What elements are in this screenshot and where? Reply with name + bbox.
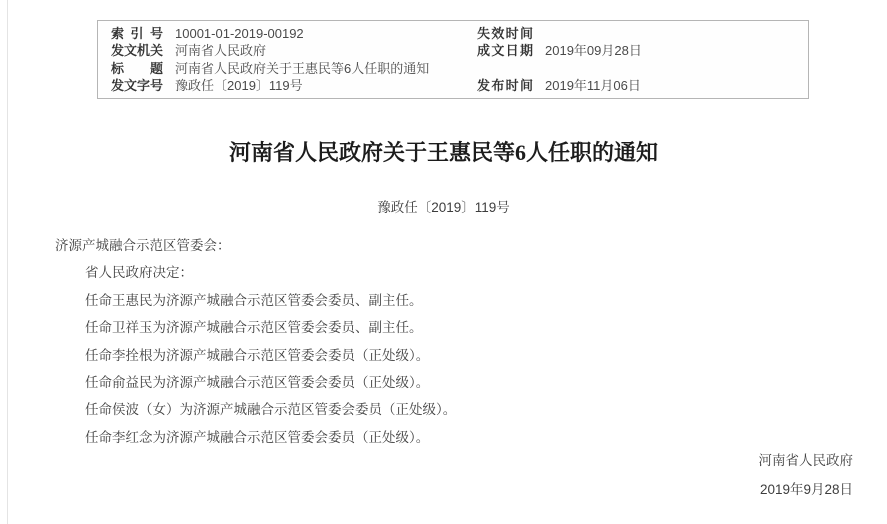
empty-label [477, 60, 533, 77]
body-paragraph: 任命俞益民为济源产城融合示范区管委会委员（正处级）。 [55, 369, 847, 396]
publish-time-label: 发布时间 [477, 77, 533, 94]
meta-row-agency: 发文机关 河南省人民政府 成文日期 2019年09月28日 [111, 42, 798, 59]
meta-row-docnumber: 发文字号 豫政任〔2019〕119号 发布时间 2019年11月06日 [111, 77, 798, 94]
signature-date: 2019年9月28日 [759, 476, 854, 505]
body-paragraph: 任命侯波（女）为济源产城融合示范区管委会委员（正处级）。 [55, 396, 847, 423]
document-ref-number: 豫政任〔2019〕119号 [0, 196, 887, 216]
index-number-label: 索引号 [111, 25, 163, 42]
doc-number-value: 豫政任〔2019〕119号 [175, 77, 465, 94]
meta-row-title: 标题 河南省人民政府关于王惠民等6人任职的通知 [111, 60, 798, 77]
body-paragraph: 任命王惠民为济源产城融合示范区管委会委员、副主任。 [55, 287, 847, 314]
publish-time-value: 2019年11月06日 [545, 77, 798, 94]
document-metadata-table: 索引号 10001-01-2019-00192 失效时间 发文机关 河南省人民政… [97, 20, 809, 99]
salutation: 济源产城融合示范区管委会： [55, 232, 847, 259]
page-title: 河南省人民政府关于王惠民等6人任职的通知 [0, 136, 887, 167]
document-body: 济源产城融合示范区管委会： 省人民政府决定： 任命王惠民为济源产城融合示范区管委… [55, 232, 847, 451]
index-number-value: 10001-01-2019-00192 [175, 25, 465, 42]
signature-block: 河南省人民政府 2019年9月28日 [759, 447, 854, 504]
issuing-agency-label: 发文机关 [111, 42, 163, 59]
page-edge-divider [7, 0, 8, 524]
issuing-agency-value: 河南省人民政府 [175, 42, 465, 59]
meta-row-index: 索引号 10001-01-2019-00192 失效时间 [111, 25, 798, 42]
written-date-value: 2019年09月28日 [545, 42, 798, 59]
written-date-label: 成文日期 [477, 42, 533, 59]
doc-title-label: 标题 [111, 60, 163, 77]
expiry-time-label: 失效时间 [477, 25, 533, 42]
doc-title-value: 河南省人民政府关于王惠民等6人任职的通知 [175, 60, 465, 77]
signature-agency: 河南省人民政府 [759, 447, 854, 476]
empty-value [545, 60, 798, 77]
doc-number-label: 发文字号 [111, 77, 163, 94]
document-page: 索引号 10001-01-2019-00192 失效时间 发文机关 河南省人民政… [0, 0, 887, 524]
body-paragraph: 任命李红念为济源产城融合示范区管委会委员（正处级）。 [55, 424, 847, 451]
expiry-time-value [545, 25, 798, 42]
body-paragraph: 任命李拴根为济源产城融合示范区管委会委员（正处级）。 [55, 342, 847, 369]
body-paragraph: 任命卫祥玉为济源产城融合示范区管委会委员、副主任。 [55, 314, 847, 341]
body-paragraph: 省人民政府决定： [55, 259, 847, 286]
